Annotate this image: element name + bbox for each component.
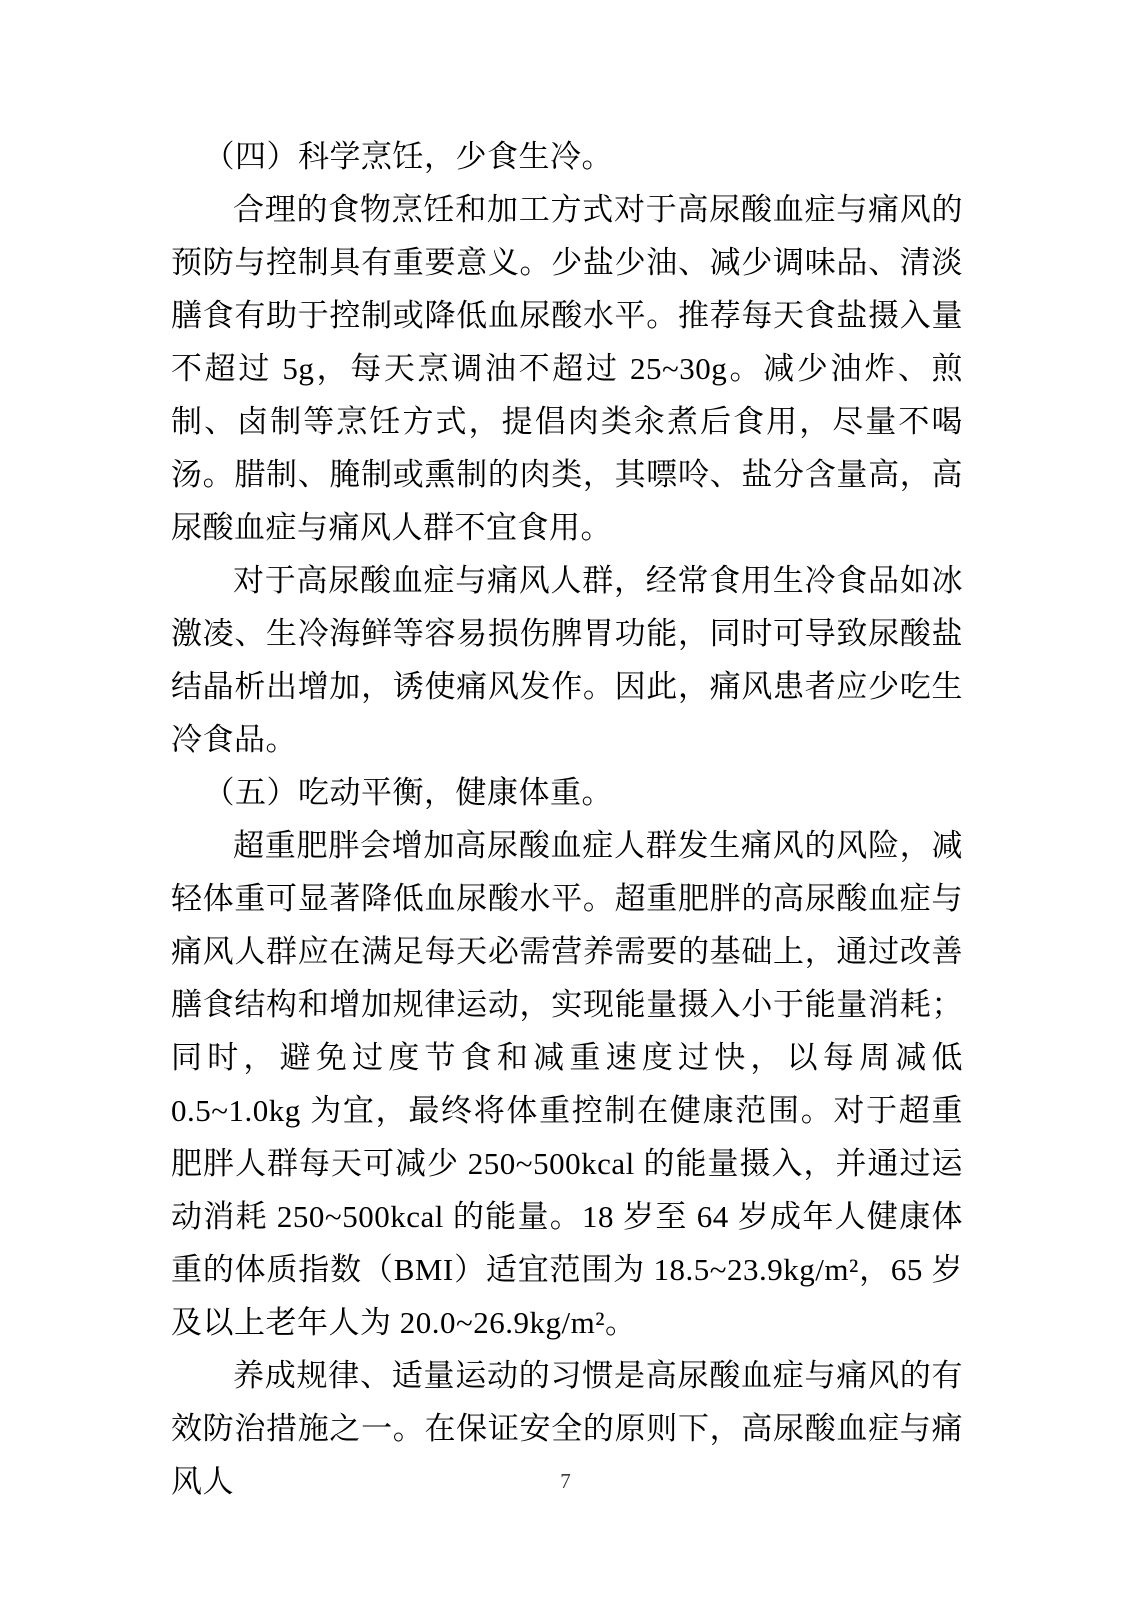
paragraph-weight: 超重肥胖会增加高尿酸血症人群发生痛风的风险，减轻体重可显著降低血尿酸水平。超重肥… xyxy=(171,819,963,1349)
page-number: 7 xyxy=(0,1468,1131,1494)
document-page: （四）科学烹饪，少食生冷。 合理的食物烹饪和加工方式对于高尿酸血症与痛风的预防与… xyxy=(0,0,1131,1600)
section-heading-4: （四）科学烹饪，少食生冷。 xyxy=(171,130,963,183)
section-heading-5: （五）吃动平衡，健康体重。 xyxy=(171,766,963,819)
paragraph-cooking: 合理的食物烹饪和加工方式对于高尿酸血症与痛风的预防与控制具有重要意义。少盐少油、… xyxy=(171,183,963,554)
paragraph-cold-food: 对于高尿酸血症与痛风人群，经常食用生冷食品如冰激凌、生冷海鲜等容易损伤脾胃功能，… xyxy=(171,554,963,766)
document-body: （四）科学烹饪，少食生冷。 合理的食物烹饪和加工方式对于高尿酸血症与痛风的预防与… xyxy=(171,130,963,1508)
